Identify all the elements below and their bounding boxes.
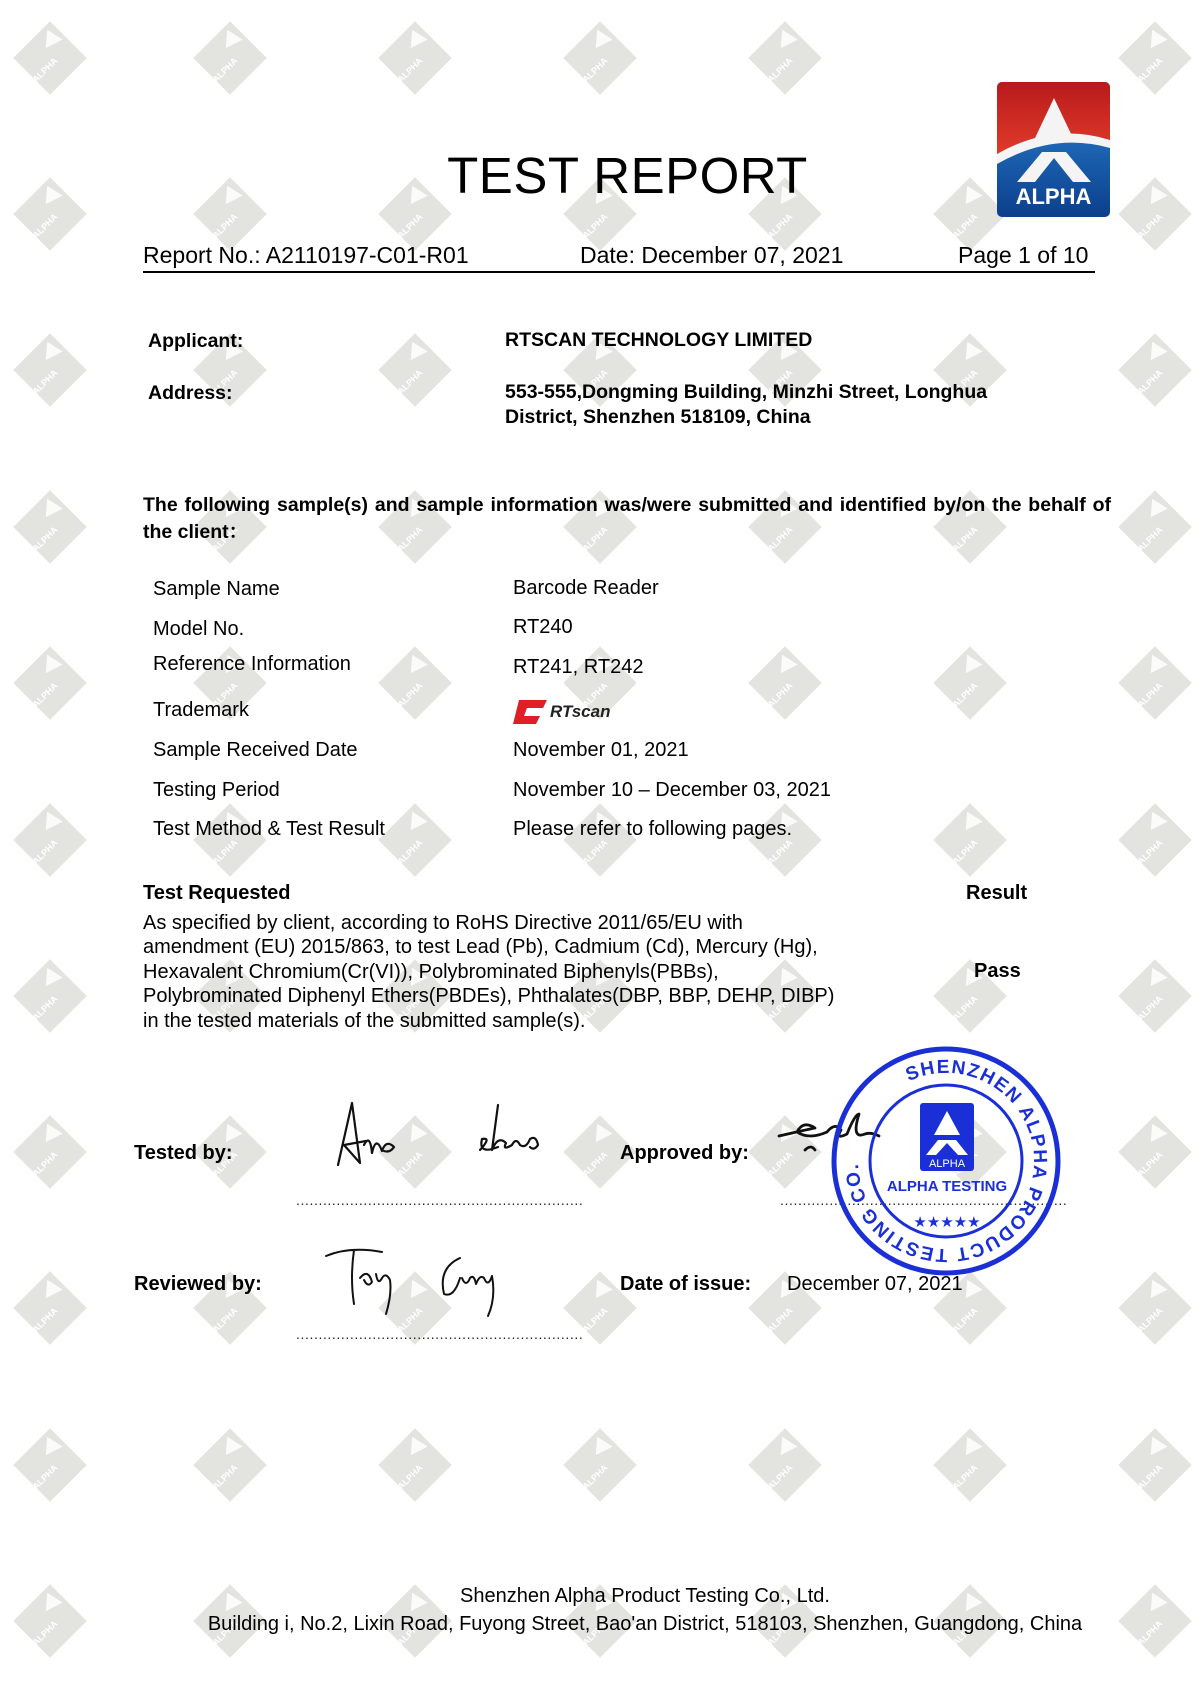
watermark-icon: ALPHA bbox=[747, 1428, 822, 1503]
page-indicator: Page 1 of 10 bbox=[958, 242, 1088, 269]
svg-text:ALPHA: ALPHA bbox=[1136, 367, 1165, 396]
watermark-icon: ALPHA bbox=[1117, 1271, 1192, 1346]
reviewed-by-label: Reviewed by: bbox=[134, 1273, 262, 1296]
reference-info-value: RT241, RT242 bbox=[513, 656, 643, 679]
svg-text:ALPHA: ALPHA bbox=[581, 1462, 610, 1491]
watermark-icon: ALPHA bbox=[747, 646, 822, 721]
testing-period-value: November 10 – December 03, 2021 bbox=[513, 779, 831, 802]
received-date-label: Sample Received Date bbox=[153, 739, 358, 762]
svg-text:ALPHA: ALPHA bbox=[581, 1305, 610, 1334]
model-no-label: Model No. bbox=[153, 618, 244, 641]
footer-company: Shenzhen Alpha Product Testing Co., Ltd. bbox=[0, 1585, 1200, 1608]
svg-text:ALPHA: ALPHA bbox=[951, 1305, 980, 1334]
watermark-icon: ALPHA bbox=[12, 1115, 87, 1190]
svg-text:ALPHA: ALPHA bbox=[1136, 211, 1165, 240]
model-no-value: RT240 bbox=[513, 616, 573, 639]
svg-text:ALPHA: ALPHA bbox=[31, 367, 60, 396]
test-method-value: Please refer to following pages. bbox=[513, 818, 792, 841]
applicant-value: RTSCAN TECHNOLOGY LIMITED bbox=[505, 328, 812, 353]
svg-text:ALPHA: ALPHA bbox=[31, 211, 60, 240]
received-date-value: November 01, 2021 bbox=[513, 739, 689, 762]
svg-text:ALPHA: ALPHA bbox=[951, 1462, 980, 1491]
reviewed-by-signature bbox=[320, 1238, 550, 1318]
watermark-icon: ALPHA bbox=[377, 646, 452, 721]
svg-text:ALPHA: ALPHA bbox=[581, 837, 610, 866]
test-requested-line: Polybrominated Diphenyl Ethers(PBDEs), P… bbox=[143, 984, 903, 1008]
svg-text:ALPHA: ALPHA bbox=[951, 993, 980, 1022]
svg-text:ALPHA: ALPHA bbox=[396, 680, 425, 709]
company-stamp: SHENZHEN ALPHA PRODUCT TESTING CO.,LTD A… bbox=[828, 1043, 1064, 1279]
trademark-text: RTscan bbox=[550, 702, 610, 722]
svg-text:ALPHA: ALPHA bbox=[211, 1462, 240, 1491]
watermark-icon: ALPHA bbox=[12, 490, 87, 565]
svg-text:ALPHA: ALPHA bbox=[581, 211, 610, 240]
svg-text:ALPHA: ALPHA bbox=[951, 680, 980, 709]
watermark-icon: ALPHA bbox=[932, 646, 1007, 721]
watermark-icon: ALPHA bbox=[747, 21, 822, 96]
result-value: Pass bbox=[974, 960, 1021, 983]
watermark-icon: ALPHA bbox=[1117, 959, 1192, 1034]
trademark-label: Trademark bbox=[153, 699, 249, 722]
watermark-icon: ALPHA bbox=[1117, 1115, 1192, 1190]
svg-text:ALPHA: ALPHA bbox=[766, 55, 795, 84]
tested-by-label: Tested by: bbox=[134, 1142, 233, 1165]
trademark-value: RTscan bbox=[513, 700, 610, 724]
svg-text:ALPHA: ALPHA bbox=[766, 1305, 795, 1334]
footer-address: Building i, No.2, Lixin Road, Fuyong Str… bbox=[0, 1613, 1200, 1636]
testing-period-label: Testing Period bbox=[153, 779, 280, 802]
svg-text:ALPHA: ALPHA bbox=[31, 55, 60, 84]
svg-text:ALPHA: ALPHA bbox=[31, 993, 60, 1022]
watermark-icon: ALPHA bbox=[192, 1428, 267, 1503]
svg-text:ALPHA: ALPHA bbox=[766, 837, 795, 866]
svg-text:ALPHA: ALPHA bbox=[31, 524, 60, 553]
svg-text:ALPHA: ALPHA bbox=[951, 837, 980, 866]
sample-name-label: Sample Name bbox=[153, 578, 280, 601]
svg-text:ALPHA: ALPHA bbox=[581, 1149, 610, 1178]
svg-text:ALPHA: ALPHA bbox=[766, 680, 795, 709]
svg-text:ALPHA: ALPHA bbox=[766, 1462, 795, 1491]
svg-text:ALPHA: ALPHA bbox=[211, 837, 240, 866]
svg-text:ALPHA: ALPHA bbox=[211, 1305, 240, 1334]
svg-text:ALPHA: ALPHA bbox=[1136, 55, 1165, 84]
alpha-logo-icon: ALPHA bbox=[997, 82, 1110, 217]
report-number: Report No.: A2110197-C01-R01 bbox=[143, 242, 469, 269]
svg-text:ALPHA: ALPHA bbox=[1136, 680, 1165, 709]
svg-text:ALPHA: ALPHA bbox=[396, 367, 425, 396]
address-value: 553-555,Dongming Building, Minzhi Street… bbox=[505, 380, 987, 430]
watermark-icon: ALPHA bbox=[12, 646, 87, 721]
watermark-icon: ALPHA bbox=[377, 333, 452, 408]
intro-statement: The following sample(s) and sample infor… bbox=[143, 492, 1111, 546]
svg-text:ALPHA: ALPHA bbox=[396, 55, 425, 84]
tested-by-signature bbox=[330, 1095, 570, 1175]
svg-text:ALPHA: ALPHA bbox=[31, 680, 60, 709]
test-requested-line: As specified by client, according to RoH… bbox=[143, 911, 903, 935]
svg-text:ALPHA: ALPHA bbox=[31, 1305, 60, 1334]
svg-text:ALPHA: ALPHA bbox=[396, 211, 425, 240]
svg-text:ALPHA: ALPHA bbox=[211, 211, 240, 240]
approved-by-label: Approved by: bbox=[620, 1142, 749, 1165]
address-line: 553-555,Dongming Building, Minzhi Street… bbox=[505, 380, 987, 405]
rtscan-trademark-icon bbox=[513, 700, 547, 724]
test-requested-heading: Test Requested bbox=[143, 882, 290, 905]
svg-text:ALPHA: ALPHA bbox=[1136, 524, 1165, 553]
test-method-label: Test Method & Test Result bbox=[153, 818, 385, 841]
result-heading: Result bbox=[966, 882, 1027, 905]
svg-text:ALPHA TESTING: ALPHA TESTING bbox=[887, 1178, 1007, 1195]
svg-text:ALPHA: ALPHA bbox=[31, 1462, 60, 1491]
svg-text:ALPHA: ALPHA bbox=[766, 211, 795, 240]
svg-text:ALPHA: ALPHA bbox=[1136, 837, 1165, 866]
watermark-icon: ALPHA bbox=[562, 1428, 637, 1503]
test-requested-line: Hexavalent Chromium(Cr(VI)), Polybromina… bbox=[143, 960, 903, 984]
svg-text:ALPHA: ALPHA bbox=[1136, 1462, 1165, 1491]
svg-text:ALPHA: ALPHA bbox=[31, 1149, 60, 1178]
test-requested-line: amendment (EU) 2015/863, to test Lead (P… bbox=[143, 935, 903, 959]
svg-text:ALPHA: ALPHA bbox=[31, 837, 60, 866]
alpha-logo: ALPHA bbox=[997, 82, 1110, 217]
sample-name-value: Barcode Reader bbox=[513, 577, 659, 600]
applicant-label: Applicant: bbox=[148, 330, 243, 353]
stamp-stars-icon: ★★★★★ bbox=[913, 1213, 980, 1231]
address-label: Address: bbox=[148, 382, 233, 405]
tested-by-line: ........................................… bbox=[296, 1192, 583, 1208]
watermark-icon: ALPHA bbox=[192, 21, 267, 96]
header-underline bbox=[143, 271, 1095, 273]
svg-text:ALPHA: ALPHA bbox=[1136, 1305, 1165, 1334]
report-date: Date: December 07, 2021 bbox=[580, 242, 843, 269]
watermark-icon: ALPHA bbox=[377, 803, 452, 878]
watermark-icon: ALPHA bbox=[12, 1428, 87, 1503]
svg-text:ALPHA: ALPHA bbox=[1136, 993, 1165, 1022]
svg-text:ALPHA: ALPHA bbox=[1016, 184, 1092, 209]
svg-text:ALPHA: ALPHA bbox=[929, 1158, 966, 1170]
watermark-icon: ALPHA bbox=[562, 21, 637, 96]
watermark-icon: ALPHA bbox=[932, 1428, 1007, 1503]
date-of-issue-label: Date of issue: bbox=[620, 1273, 751, 1296]
test-requested-body: As specified by client, according to RoH… bbox=[143, 911, 903, 1033]
watermark-icon: ALPHA bbox=[1117, 803, 1192, 878]
watermark-icon: ALPHA bbox=[1117, 21, 1192, 96]
watermark-icon: ALPHA bbox=[1117, 333, 1192, 408]
watermark-icon: ALPHA bbox=[12, 1271, 87, 1346]
reference-info-label: Reference Information bbox=[153, 653, 351, 676]
watermark-icon: ALPHA bbox=[12, 959, 87, 1034]
watermark-icon: ALPHA bbox=[12, 21, 87, 96]
svg-text:ALPHA: ALPHA bbox=[396, 1462, 425, 1491]
svg-text:ALPHA: ALPHA bbox=[1136, 1149, 1165, 1178]
svg-text:ALPHA: ALPHA bbox=[396, 837, 425, 866]
watermark-icon: ALPHA bbox=[377, 21, 452, 96]
watermark-icon: ALPHA bbox=[1117, 490, 1192, 565]
svg-text:ALPHA: ALPHA bbox=[211, 55, 240, 84]
svg-text:ALPHA: ALPHA bbox=[581, 55, 610, 84]
watermark-icon: ALPHA bbox=[932, 803, 1007, 878]
watermark-icon: ALPHA bbox=[1117, 1428, 1192, 1503]
test-requested-line: in the tested materials of the submitted… bbox=[143, 1009, 903, 1033]
watermark-icon: ALPHA bbox=[12, 333, 87, 408]
watermark-icon: ALPHA bbox=[12, 803, 87, 878]
reviewed-by-line: ........................................… bbox=[296, 1326, 583, 1342]
address-line: District, Shenzhen 518109, China bbox=[505, 405, 987, 430]
watermark-icon: ALPHA bbox=[1117, 646, 1192, 721]
svg-text:ALPHA: ALPHA bbox=[951, 211, 980, 240]
watermark-icon: ALPHA bbox=[377, 1428, 452, 1503]
